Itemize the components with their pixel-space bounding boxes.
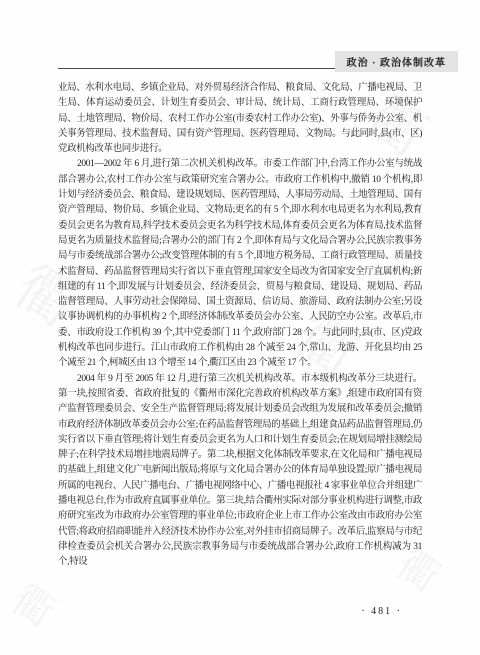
paragraph-second-reform: 2001—2002 年 6 月,进行第二次机关机构改革。市委工作部门中,台湾工作… [58,157,422,371]
section-header-box: 政治 · 政治体制改革 [335,51,458,72]
watermark-glyph: 衢 [3,569,67,639]
book-page: 政治 · 政治体制改革 业局、水利水电局、乡镇企业局、对外贸易经济合作局、粮食局… [0,0,480,655]
running-head-rule: 政治 · 政治体制改革 [58,52,458,69]
page-number: · 481 · [361,606,402,617]
paragraph-continuation: 业局、水利水电局、乡镇企业局、对外贸易经济合作局、粮食局、文化局、广播电视局、卫… [58,81,422,157]
paragraph-third-reform: 2004 年 9 月至 2005 年 12 月,进行第三次机关机构改革。市本级机… [58,372,422,571]
page-body-text: 业局、水利水电局、乡镇企业局、对外贸易经济合作局、粮食局、文化局、广播电视局、卫… [58,81,422,571]
